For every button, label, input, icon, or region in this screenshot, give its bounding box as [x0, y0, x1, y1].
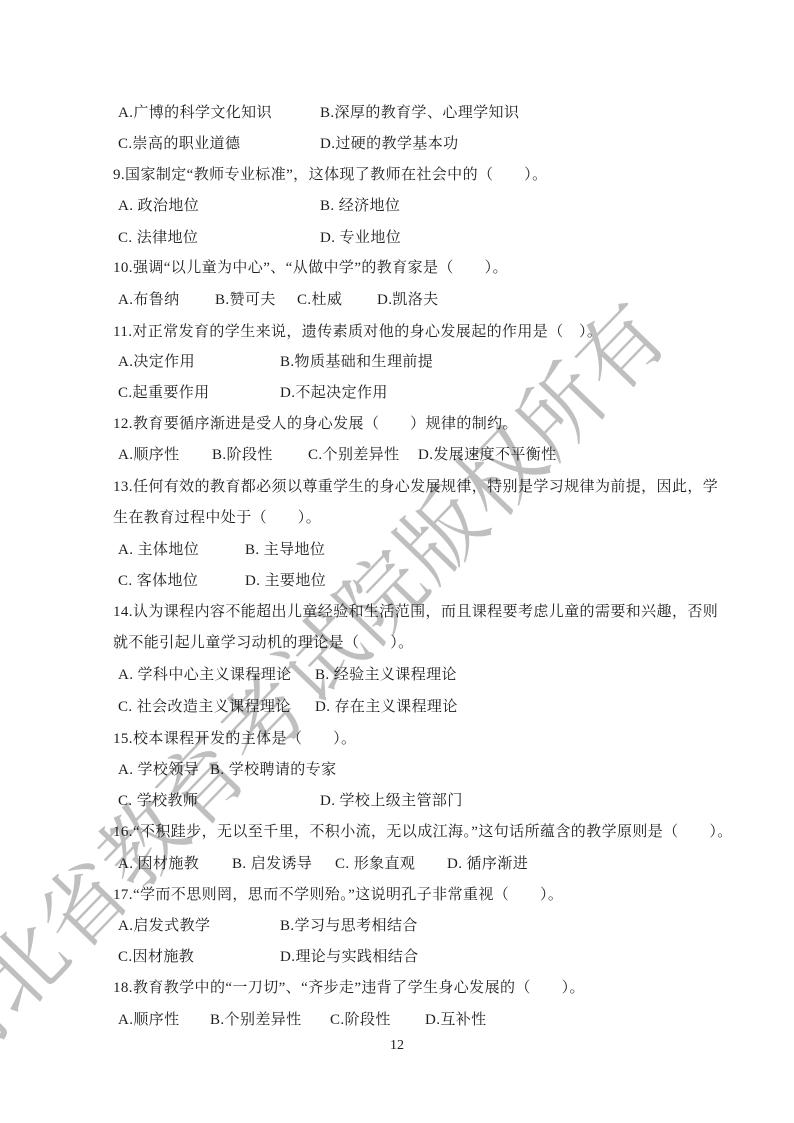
- text-segment: D.发展速度不平衡性: [418, 445, 557, 465]
- text-segment: C. 学校教师: [118, 791, 198, 811]
- text-line: A.决定作用B.物质基础和生理前提: [0, 352, 794, 374]
- text-segment: 14.认为课程内容不能超出儿童经验和生活范围，而且课程要考虑儿童的需要和兴趣，否…: [113, 602, 718, 622]
- text-segment: C.杜威: [297, 290, 342, 310]
- text-segment: B. 经济地位: [320, 196, 400, 216]
- text-segment: D. 循序渐进: [447, 854, 528, 874]
- text-segment: C. 法律地位: [118, 228, 198, 248]
- text-segment: B. 启发诱导: [232, 854, 312, 874]
- text-line: A. 学校领导B. 学校聘请的专家: [0, 760, 794, 782]
- text-segment: 17.“学而不思则罔，思而不学则殆。”这说明孔子非常重视（ ）。: [113, 885, 563, 905]
- text-line: 9.国家制定“教师专业标准”，这体现了教师在社会中的（ ）。: [0, 165, 794, 187]
- text-line: 17.“学而不思则罔，思而不学则殆。”这说明孔子非常重视（ ）。: [0, 885, 794, 907]
- text-line: 18.教育教学中的“一刀切”、“齐步走”违背了学生身心发展的（ ）。: [0, 978, 794, 1000]
- text-line: A.启发式教学B.学习与思考相结合: [0, 916, 794, 938]
- text-segment: A.决定作用: [118, 352, 195, 372]
- text-line: A. 主体地位B. 主导地位: [0, 540, 794, 562]
- text-segment: 11.对正常发育的学生来说，遗传素质对他的身心发展起的作用是（ ）。: [113, 322, 602, 342]
- text-line: 14.认为课程内容不能超出儿童经验和生活范围，而且课程要考虑儿童的需要和兴趣，否…: [0, 602, 794, 624]
- text-segment: C.崇高的职业道德: [118, 134, 240, 154]
- text-line: A.顺序性B.个别差异性C.阶段性D.互补性: [0, 1010, 794, 1032]
- text-line: 16.“不积跬步，无以至千里，不积小流，无以成江海。”这句话所蕴含的教学原则是（…: [0, 822, 794, 844]
- text-segment: B.阶段性: [212, 445, 273, 465]
- text-segment: B. 学校聘请的专家: [210, 760, 337, 780]
- text-line: 就不能引起儿童学习动机的理论是（ ）。: [0, 633, 794, 655]
- text-segment: D.理论与实践相结合: [280, 947, 419, 967]
- text-line: C. 学校教师D. 学校上级主管部门: [0, 791, 794, 813]
- text-line: A. 因材施教B. 启发诱导C. 形象直观D. 循序渐进: [0, 854, 794, 876]
- document-page: 河北省教育考试院版权所有 A.广博的科学文化知识B.深厚的教育学、心理学知识C.…: [0, 0, 794, 1123]
- text-line: 15.校本课程开发的主体是（ ）。: [0, 729, 794, 751]
- text-segment: 就不能引起儿童学习动机的理论是（ ）。: [113, 633, 414, 653]
- text-line: C.崇高的职业道德D.过硬的教学基本功: [0, 134, 794, 156]
- text-segment: D.凯洛夫: [377, 290, 439, 310]
- text-segment: D. 学校上级主管部门: [320, 791, 463, 811]
- text-segment: C. 社会改造主义课程理论: [118, 697, 291, 717]
- text-segment: C.个别差异性: [308, 445, 400, 465]
- text-segment: C.阶段性: [330, 1010, 391, 1030]
- text-segment: C.起重要作用: [118, 383, 210, 403]
- text-line: C.起重要作用D.不起决定作用: [0, 383, 794, 405]
- page-number: 12: [0, 1038, 794, 1054]
- text-segment: 9.国家制定“教师专业标准”，这体现了教师在社会中的（ ）。: [113, 165, 547, 185]
- text-segment: B.个别差异性: [210, 1010, 302, 1030]
- text-segment: A.顺序性: [118, 1010, 180, 1030]
- text-segment: C.因材施教: [118, 947, 194, 967]
- text-segment: B. 经验主义课程理论: [315, 665, 457, 685]
- text-segment: D. 主要地位: [245, 571, 326, 591]
- text-segment: B.物质基础和生理前提: [280, 352, 433, 372]
- text-segment: A.布鲁纳: [118, 290, 180, 310]
- text-segment: 15.校本课程开发的主体是（ ）。: [113, 729, 356, 749]
- text-segment: C. 客体地位: [118, 571, 198, 591]
- text-segment: 18.教育教学中的“一刀切”、“齐步走”违背了学生身心发展的（ ）。: [113, 978, 585, 998]
- text-line: A.顺序性B.阶段性C.个别差异性D.发展速度不平衡性: [0, 445, 794, 467]
- text-segment: B.学习与思考相结合: [280, 916, 418, 936]
- text-line: 12.教育要循序渐进是受人的身心发展（ ）规律的制约。: [0, 414, 794, 436]
- text-segment: B.赞可夫: [215, 290, 276, 310]
- text-segment: A.广博的科学文化知识: [118, 103, 272, 123]
- text-line: C.因材施教D.理论与实践相结合: [0, 947, 794, 969]
- text-segment: D.不起决定作用: [280, 383, 388, 403]
- text-line: 10.强调“以儿童为中心”、“从做中学”的教育家是（ ）。: [0, 258, 794, 280]
- text-line: A. 学科中心主义课程理论B. 经验主义课程理论: [0, 665, 794, 687]
- text-segment: D.过硬的教学基本功: [320, 134, 459, 154]
- text-segment: A.顺序性: [118, 445, 180, 465]
- text-line: 生在教育过程中处于（ ）。: [0, 508, 794, 530]
- text-segment: A. 主体地位: [118, 540, 199, 560]
- text-line: A.布鲁纳B.赞可夫C.杜威D.凯洛夫: [0, 290, 794, 312]
- text-segment: 生在教育过程中处于（ ）。: [113, 508, 321, 528]
- text-line: A.广博的科学文化知识B.深厚的教育学、心理学知识: [0, 103, 794, 125]
- text-segment: A. 政治地位: [118, 196, 199, 216]
- text-segment: B.深厚的教育学、心理学知识: [320, 103, 519, 123]
- text-segment: 12.教育要循序渐进是受人的身心发展（ ）规律的制约。: [113, 414, 518, 434]
- text-segment: A.启发式教学: [118, 916, 210, 936]
- text-segment: C. 形象直观: [335, 854, 415, 874]
- text-segment: D. 存在主义课程理论: [315, 697, 458, 717]
- text-segment: 13.任何有效的教育都必须以尊重学生的身心发展规律，特别是学习规律为前提，因此，…: [113, 477, 718, 497]
- text-line: C. 社会改造主义课程理论D. 存在主义课程理论: [0, 697, 794, 719]
- text-line: A. 政治地位B. 经济地位: [0, 196, 794, 218]
- text-segment: B. 主导地位: [245, 540, 325, 560]
- text-segment: D.互补性: [425, 1010, 487, 1030]
- text-segment: A. 学科中心主义课程理论: [118, 665, 292, 685]
- text-segment: A. 学校领导: [118, 760, 199, 780]
- text-line: 11.对正常发育的学生来说，遗传素质对他的身心发展起的作用是（ ）。: [0, 322, 794, 344]
- text-line: 13.任何有效的教育都必须以尊重学生的身心发展规律，特别是学习规律为前提，因此，…: [0, 477, 794, 499]
- text-lines: A.广博的科学文化知识B.深厚的教育学、心理学知识C.崇高的职业道德D.过硬的教…: [0, 0, 794, 1123]
- text-segment: A. 因材施教: [118, 854, 199, 874]
- text-line: C. 法律地位D. 专业地位: [0, 228, 794, 250]
- text-segment: 16.“不积跬步，无以至千里，不积小流，无以成江海。”这句话所蕴含的教学原则是（…: [113, 822, 733, 842]
- text-segment: D. 专业地位: [320, 228, 401, 248]
- text-segment: 10.强调“以儿童为中心”、“从做中学”的教育家是（ ）。: [113, 258, 508, 278]
- text-line: C. 客体地位D. 主要地位: [0, 571, 794, 593]
